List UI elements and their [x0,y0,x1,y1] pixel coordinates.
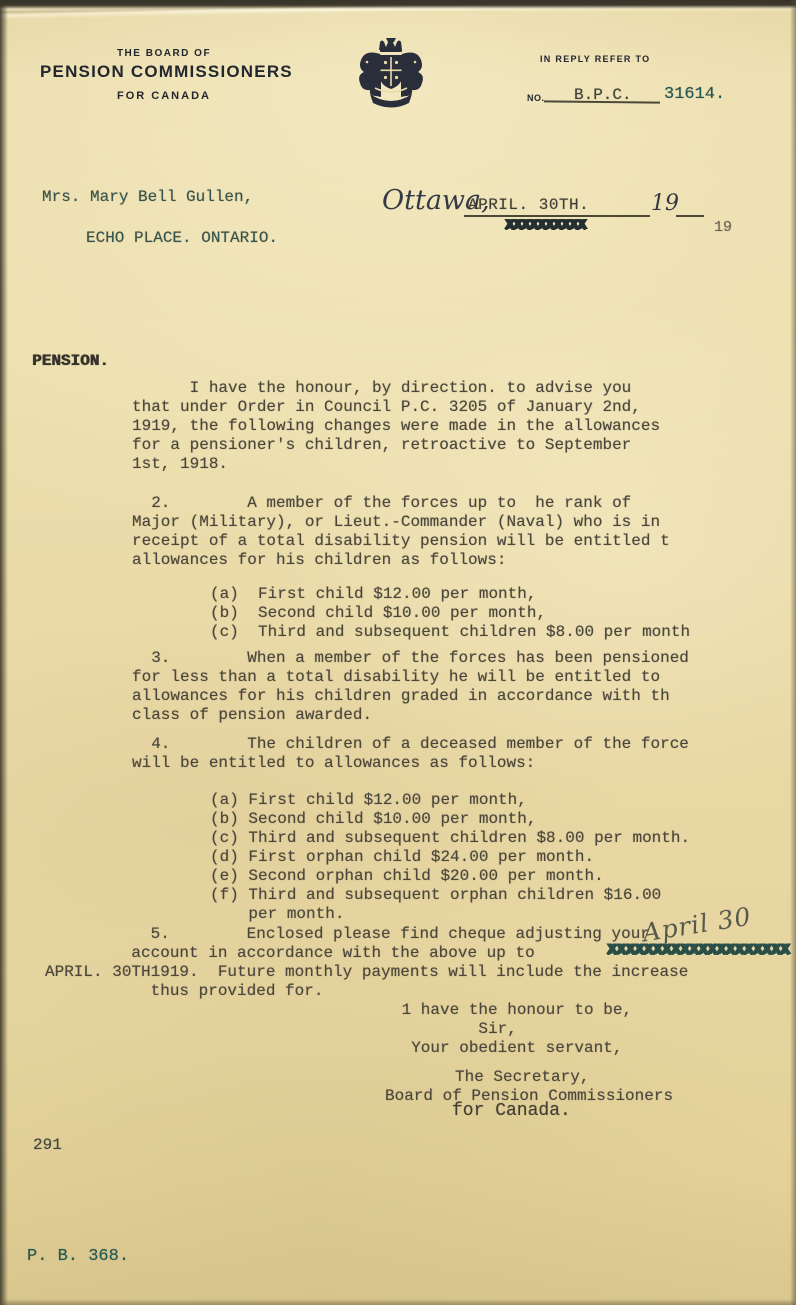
file-number: 31614. [664,85,725,104]
royal-coat-of-arms-icon [347,35,435,122]
dateline-year-fragment: 19 [714,218,732,237]
scan-edge-left [0,0,8,1305]
body-paragraph-3: 3. When a member of the forces has been … [132,649,689,725]
recipient-name: Mrs. Mary Bell Gullen, [42,188,253,207]
body-paragraph-2: 2. A member of the forces up to he rank … [132,494,670,570]
form-number: P. B. 368. [27,1247,129,1266]
letterhead-country-line: FOR CANADA [40,90,288,102]
file-code-struck: B.P.C. [574,86,632,105]
scanned-letter: THE BOARD OF PENSION COMMISSIONERS FOR C… [0,0,796,1305]
closing-lines: 1 have the honour to be, Sir, Your obedi… [392,1001,632,1058]
file-no-label: NO. [527,93,545,103]
page-number: 291 [33,1136,62,1155]
reply-refer-label: IN REPLY REFER TO [540,54,650,64]
subject-heading: PENSION. [32,352,109,371]
allowance-list-deceased: (a) First child $12.00 per month, (b) Se… [210,791,690,924]
scan-edge-top [0,0,796,9]
body-paragraph-5-continued: APRIL. 30TH1919. Future monthly payments… [45,963,688,1001]
dateline-overstrike: XXXXXXXXXX [505,216,585,235]
paragraph5-overstrike: XXXXXXXXXXXXXXXXXXXX [607,941,789,960]
body-paragraph-4: 4. The children of a deceased member of … [132,735,689,773]
body-paragraph-1: I have the honour, by direction. to advi… [132,379,660,474]
signature-title: The Secretary, [455,1068,589,1087]
letterhead-board-line: THE BOARD OF [40,48,288,59]
body-paragraph-5: 5. Enclosed please find cheque adjusting… [45,925,650,963]
dateline-typed-date: APRIL. 30TH. [468,196,589,215]
dateline-rule-2 [676,215,704,217]
allowance-list-serving: (a) First child $12.00 per month, (b) Se… [210,585,690,642]
recipient-address: ECHO PLACE. ONTARIO. [86,229,278,248]
scan-edge-right [790,0,796,1305]
letterhead-org-name: PENSION COMMISSIONERS [40,62,288,82]
dateline-year-script: 19 [651,191,679,216]
signature-country: for Canada. [452,1102,571,1121]
scan-edge-bottom [0,1299,796,1305]
